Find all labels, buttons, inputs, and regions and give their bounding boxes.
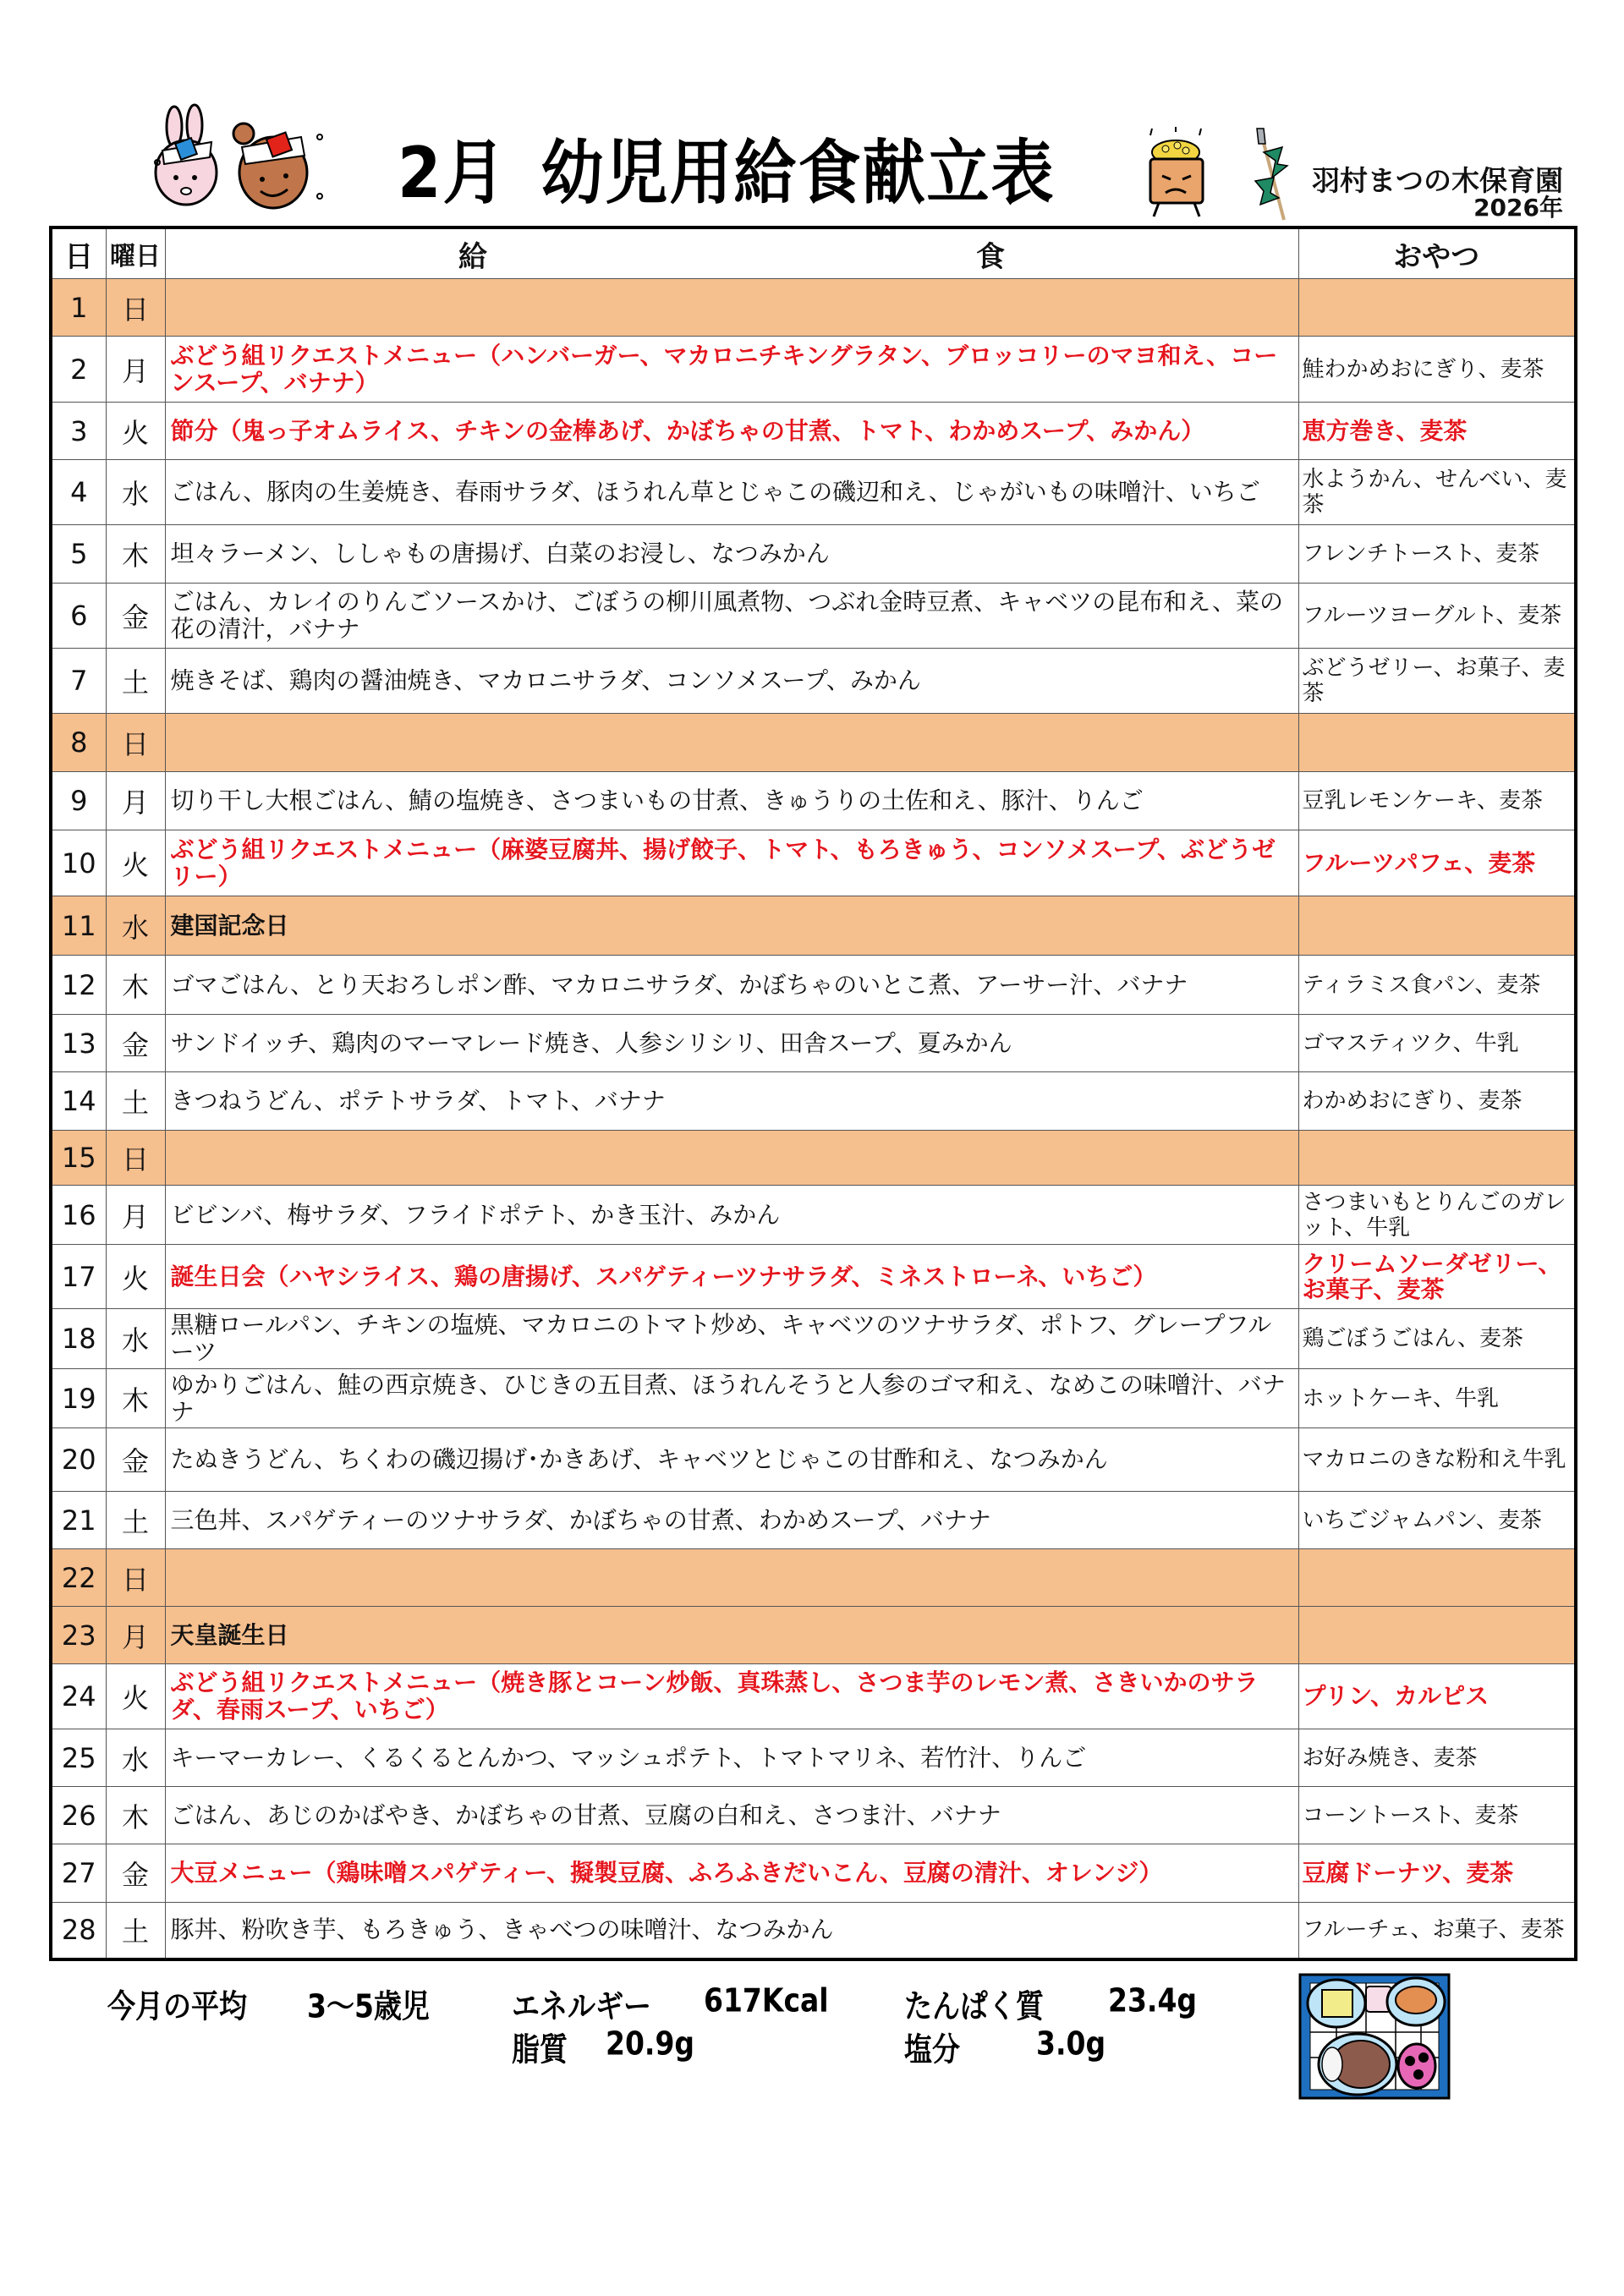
table-row: 17火誕生日会（ハヤシライス、鶏の唐揚げ、スパゲティーツナサラダ、ミネストローネ… xyxy=(51,1245,1576,1309)
snack-menu-cell xyxy=(1298,1131,1576,1186)
energy-label: エネルギー xyxy=(512,1981,651,2027)
weekday-cell: 火 xyxy=(106,830,165,896)
weekday-cell: 日 xyxy=(106,1131,165,1186)
weekday-cell: 月 xyxy=(106,772,165,830)
title-text: 幼児用給食献立表 xyxy=(541,133,1056,214)
day-cell: 23 xyxy=(51,1607,106,1664)
day-cell: 19 xyxy=(51,1369,106,1428)
day-cell: 7 xyxy=(51,649,106,714)
lunch-menu-cell: ビビンバ、梅サラダ、フライドポテト、かき玉汁、みかん xyxy=(165,1186,1298,1245)
table-row: 6金ごはん、カレイのりんごソースかけ、ごぼうの柳川風煮物、つぶれ金時豆煮、キャベ… xyxy=(51,584,1576,649)
lunch-menu-cell xyxy=(165,714,1298,772)
school-year: 2026年 xyxy=(1312,196,1563,220)
day-cell: 15 xyxy=(51,1131,106,1186)
weekday-cell: 日 xyxy=(106,714,165,772)
day-cell: 21 xyxy=(51,1492,106,1549)
lunch-menu-cell: 坦々ラーメン、ししゃもの唐揚げ、白菜のお浸し、なつみかん xyxy=(165,525,1298,584)
table-header-row: 日 曜日 給 食 おやつ xyxy=(51,227,1576,279)
weekday-cell: 金 xyxy=(106,1015,165,1072)
table-row: 8日 xyxy=(51,714,1576,772)
table-row: 7土焼きそば、鶏肉の醤油焼き、マカロニサラダ、コンソメスープ、みかんぶどうゼリー… xyxy=(51,649,1576,714)
day-cell: 5 xyxy=(51,525,106,584)
snack-menu-cell: フレンチトースト、麦茶 xyxy=(1298,525,1576,584)
day-cell: 17 xyxy=(51,1245,106,1309)
table-row: 22日 xyxy=(51,1549,1576,1607)
protein-label: たんぱく質 xyxy=(904,1981,1044,2027)
column-header-day: 日 xyxy=(51,227,106,279)
weekday-cell: 木 xyxy=(106,1369,165,1428)
lunch-menu-cell: 誕生日会（ハヤシライス、鶏の唐揚げ、スパゲティーツナサラダ、ミネストローネ、いち… xyxy=(165,1245,1298,1309)
snack-menu-cell: ゴマスティツク、牛乳 xyxy=(1298,1015,1576,1072)
table-row: 3火節分（鬼っ子オムライス、チキンの金棒あげ、かぼちゃの甘煮、トマト、わかめスー… xyxy=(51,403,1576,460)
day-cell: 12 xyxy=(51,956,106,1015)
table-row: 26木ごはん、あじのかばやき、かぼちゃの甘煮、豆腐の白和え、さつま汁、バナナコー… xyxy=(51,1787,1576,1844)
table-row: 18水黒糖ロールパン、チキンの塩焼、マカロニのトマト炒め、キャベツのツナサラダ、… xyxy=(51,1309,1576,1369)
title-month: 2月 xyxy=(398,133,507,214)
day-cell: 4 xyxy=(51,460,106,525)
day-cell: 14 xyxy=(51,1072,106,1131)
day-cell: 28 xyxy=(51,1903,106,1959)
lunch-menu-cell: ゴマごはん、とり天おろしポン酢、マカロニサラダ、かぼちゃのいとこ煮、アーサー汁、… xyxy=(165,956,1298,1015)
fat-value: 20.9g xyxy=(606,2025,694,2063)
day-cell: 11 xyxy=(51,896,106,956)
lunch-menu-cell xyxy=(165,1131,1298,1186)
snack-menu-cell: ティラミス食パン、麦茶 xyxy=(1298,956,1576,1015)
snack-menu-cell: ホットケーキ、牛乳 xyxy=(1298,1369,1576,1428)
snack-menu-cell: 鮭わかめおにぎり、麦茶 xyxy=(1298,337,1576,403)
energy-value: 617Kcal xyxy=(704,1981,829,2019)
weekday-cell: 土 xyxy=(106,1492,165,1549)
age-group: 3～5歳児 xyxy=(307,1981,430,2027)
weekday-cell: 木 xyxy=(106,956,165,1015)
day-cell: 27 xyxy=(51,1844,106,1903)
weekday-cell: 土 xyxy=(106,1072,165,1131)
day-cell: 24 xyxy=(51,1664,106,1729)
lunch-menu-cell: 黒糖ロールパン、チキンの塩焼、マカロニのトマト炒め、キャベツのツナサラダ、ポトフ… xyxy=(165,1309,1298,1369)
page-title: 2月幼児用給食献立表 xyxy=(398,135,1056,211)
snack-menu-cell: マカロニのきな粉和え牛乳 xyxy=(1298,1428,1576,1492)
snack-menu-cell xyxy=(1298,279,1576,337)
weekday-cell: 火 xyxy=(106,1664,165,1729)
table-row: 25水キーマーカレー、くるくるとんかつ、マッシュポテト、トマトマリネ、若竹汁、り… xyxy=(51,1729,1576,1787)
day-cell: 26 xyxy=(51,1787,106,1844)
day-cell: 9 xyxy=(51,772,106,830)
lunch-menu-cell: きつねうどん、ポテトサラダ、トマト、バナナ xyxy=(165,1072,1298,1131)
table-row: 27金大豆メニュー（鶏味噌スパゲティー、擬製豆腐、ふろふきだいこん、豆腐の清汁、… xyxy=(51,1844,1576,1903)
snack-menu-cell: ぶどうゼリー、お菓子、麦茶 xyxy=(1298,649,1576,714)
snack-menu-cell: フルーツヨーグルト、麦茶 xyxy=(1298,584,1576,649)
day-cell: 8 xyxy=(51,714,106,772)
snack-menu-cell: 鶏ごぼうごはん、麦茶 xyxy=(1298,1309,1576,1369)
day-cell: 22 xyxy=(51,1549,106,1607)
lunch-menu-cell: キーマーカレー、くるくるとんかつ、マッシュポテト、トマトマリネ、若竹汁、りんご xyxy=(165,1729,1298,1787)
column-header-lunch: 給 食 xyxy=(165,227,1298,279)
lunch-menu-cell: 切り干し大根ごはん、鯖の塩焼き、さつまいもの甘煮、きゅうりの土佐和え、豚汁、りん… xyxy=(165,772,1298,830)
weekday-cell: 金 xyxy=(106,584,165,649)
table-row: 10火ぶどう組リクエストメニュー（麻婆豆腐丼、揚げ餃子、トマト、もろきゅう、コン… xyxy=(51,830,1576,896)
weekday-cell: 金 xyxy=(106,1428,165,1492)
lunch-menu-cell: 豚丼、粉吹き芋、もろきゅう、きゃべつの味噌汁、なつみかん xyxy=(165,1903,1298,1959)
day-cell: 13 xyxy=(51,1015,106,1072)
snack-menu-cell: わかめおにぎり、麦茶 xyxy=(1298,1072,1576,1131)
lunch-menu-cell: ぶどう組リクエストメニュー（麻婆豆腐丼、揚げ餃子、トマト、もろきゅう、コンソメス… xyxy=(165,830,1298,896)
table-row: 14土きつねうどん、ポテトサラダ、トマト、バナナわかめおにぎり、麦茶 xyxy=(51,1072,1576,1131)
monthly-average-label: 今月の平均 xyxy=(107,1981,247,2027)
snack-menu-cell: 恵方巻き、麦茶 xyxy=(1298,403,1576,460)
day-cell: 6 xyxy=(51,584,106,649)
lunch-menu-cell xyxy=(165,1549,1298,1607)
table-row: 28土豚丼、粉吹き芋、もろきゅう、きゃべつの味噌汁、なつみかんフルーチェ、お菓子… xyxy=(51,1903,1576,1959)
weekday-cell: 水 xyxy=(106,460,165,525)
snack-menu-cell: コーントースト、麦茶 xyxy=(1298,1787,1576,1844)
snack-menu-cell: 水ようかん、せんべい、麦茶 xyxy=(1298,460,1576,525)
holly-branch-illustration xyxy=(1252,127,1294,224)
table-row: 21土三色丼、スパゲティーのツナサラダ、かぼちゃの甘煮、わかめスープ、バナナいち… xyxy=(51,1492,1576,1549)
lunch-menu-cell xyxy=(165,279,1298,337)
lunch-menu-cell: 三色丼、スパゲティーのツナサラダ、かぼちゃの甘煮、わかめスープ、バナナ xyxy=(165,1492,1298,1549)
snack-menu-cell: クリームソーダゼリー、お菓子、麦茶 xyxy=(1298,1245,1576,1309)
salt-label: 塩分 xyxy=(904,2025,960,2070)
lunch-menu-cell: ごはん、あじのかばやき、かぼちゃの甘煮、豆腐の白和え、さつま汁、バナナ xyxy=(165,1787,1298,1844)
weekday-cell: 水 xyxy=(106,1729,165,1787)
snack-menu-cell: 豆腐ドーナツ、麦茶 xyxy=(1298,1844,1576,1903)
lunch-menu-cell: ごはん、豚肉の生姜焼き、春雨サラダ、ほうれん草とじゃこの磯辺和え、じゃがいもの味… xyxy=(165,460,1298,525)
weekday-cell: 日 xyxy=(106,1549,165,1607)
table-row: 1日 xyxy=(51,279,1576,337)
table-row: 2月ぶどう組リクエストメニュー（ハンバーガー、マカロニチキングラタン、ブロッコリ… xyxy=(51,337,1576,403)
weekday-cell: 月 xyxy=(106,1186,165,1245)
school-name: 羽村まつの木保育園 xyxy=(1312,166,1563,196)
holiday-name-cell: 建国記念日 xyxy=(165,896,1298,956)
snack-menu-cell: フルーチェ、お菓子、麦茶 xyxy=(1298,1903,1576,1959)
protein-value: 23.4g xyxy=(1108,1981,1197,2019)
day-cell: 3 xyxy=(51,403,106,460)
weekday-cell: 土 xyxy=(106,649,165,714)
day-cell: 25 xyxy=(51,1729,106,1787)
school-info: 羽村まつの木保育園 2026年 xyxy=(1312,166,1563,220)
snack-menu-cell: さつまいもとりんごのガレット、牛乳 xyxy=(1298,1186,1576,1245)
lunch-menu-cell: ぶどう組リクエストメニュー（焼き豚とコーン炒飯、真珠蒸し、さつま芋のレモン煮、さ… xyxy=(165,1664,1298,1729)
weekday-cell: 水 xyxy=(106,1309,165,1369)
table-body: 1日2月ぶどう組リクエストメニュー（ハンバーガー、マカロニチキングラタン、ブロッ… xyxy=(51,279,1576,1959)
holiday-name-cell: 天皇誕生日 xyxy=(165,1607,1298,1664)
day-cell: 2 xyxy=(51,337,106,403)
weekday-cell: 日 xyxy=(106,279,165,337)
day-cell: 1 xyxy=(51,279,106,337)
table-row: 4水ごはん、豚肉の生姜焼き、春雨サラダ、ほうれん草とじゃこの磯辺和え、じゃがいも… xyxy=(51,460,1576,525)
table-row: 11水建国記念日 xyxy=(51,896,1576,956)
column-header-weekday: 曜日 xyxy=(106,227,165,279)
table-row: 5木坦々ラーメン、ししゃもの唐揚げ、白菜のお浸し、なつみかんフレンチトースト、麦… xyxy=(51,525,1576,584)
snack-menu-cell xyxy=(1298,896,1576,956)
lunch-menu-cell: ごはん、カレイのりんごソースかけ、ごぼうの柳川風煮物、つぶれ金時豆煮、キャベツの… xyxy=(165,584,1298,649)
weekday-cell: 火 xyxy=(106,1245,165,1309)
table-row: 24火ぶどう組リクエストメニュー（焼き豚とコーン炒飯、真珠蒸し、さつま芋のレモン… xyxy=(51,1664,1576,1729)
snack-menu-cell xyxy=(1298,714,1576,772)
lunch-menu-cell: ゆかりごはん、鮭の西京焼き、ひじきの五目煮、ほうれんそうと人参のゴマ和え、なめこ… xyxy=(165,1369,1298,1428)
snack-menu-cell: 豆乳レモンケーキ、麦茶 xyxy=(1298,772,1576,830)
weekday-cell: 月 xyxy=(106,337,165,403)
table-row: 20金たぬきうどん、ちくわの磯辺揚げ･かきあげ、キャベツとじゃこの甘酢和え、なつ… xyxy=(51,1428,1576,1492)
salt-value: 3.0g xyxy=(1036,2025,1106,2063)
weekday-cell: 火 xyxy=(106,403,165,460)
snack-menu-cell: プリン、カルピス xyxy=(1298,1664,1576,1729)
lunch-menu-cell: 焼きそば、鶏肉の醤油焼き、マカロニサラダ、コンソメスープ、みかん xyxy=(165,649,1298,714)
lunch-menu-table: 日 曜日 給 食 おやつ 1日2月ぶどう組リクエストメニュー（ハンバーガー、マカ… xyxy=(49,226,1577,1961)
column-header-snack: おやつ xyxy=(1298,227,1576,279)
table-row: 16月ビビンバ、梅サラダ、フライドポテト、かき玉汁、みかんさつまいもとりんごのガ… xyxy=(51,1186,1576,1245)
weekday-cell: 水 xyxy=(106,896,165,956)
table-row: 15日 xyxy=(51,1131,1576,1186)
day-cell: 20 xyxy=(51,1428,106,1492)
lunch-menu-cell: 節分（鬼っ子オムライス、チキンの金棒あげ、かぼちゃの甘煮、トマト、わかめスープ、… xyxy=(165,403,1298,460)
lunch-menu-cell: サンドイッチ、鶏肉のマーマレード焼き、人参シリシリ、田舎スープ、夏みかん xyxy=(165,1015,1298,1072)
weekday-cell: 月 xyxy=(106,1607,165,1664)
table-row: 13金サンドイッチ、鶏肉のマーマレード焼き、人参シリシリ、田舎スープ、夏みかんゴ… xyxy=(51,1015,1576,1072)
snack-menu-cell xyxy=(1298,1549,1576,1607)
snack-menu-cell xyxy=(1298,1607,1576,1664)
snack-menu-cell: お好み焼き、麦茶 xyxy=(1298,1729,1576,1787)
school-lunch-tray-illustration xyxy=(1298,1973,1451,2100)
snack-menu-cell: フルーツパフェ、麦茶 xyxy=(1298,830,1576,896)
oni-bunny-bear-illustration xyxy=(151,103,332,211)
lunch-menu-cell: 大豆メニュー（鶏味噌スパゲティー、擬製豆腐、ふろふきだいこん、豆腐の清汁、オレン… xyxy=(165,1844,1298,1903)
day-cell: 16 xyxy=(51,1186,106,1245)
fat-label: 脂質 xyxy=(512,2025,568,2070)
snack-menu-cell: いちごジャムパン、麦茶 xyxy=(1298,1492,1576,1549)
table-row: 12木ゴマごはん、とり天おろしポン酢、マカロニサラダ、かぼちゃのいとこ煮、アーサ… xyxy=(51,956,1576,1015)
table-row: 9月切り干し大根ごはん、鯖の塩焼き、さつまいもの甘煮、きゅうりの土佐和え、豚汁、… xyxy=(51,772,1576,830)
lunch-menu-cell: ぶどう組リクエストメニュー（ハンバーガー、マカロニチキングラタン、ブロッコリーの… xyxy=(165,337,1298,403)
table-row: 19木ゆかりごはん、鮭の西京焼き、ひじきの五目煮、ほうれんそうと人参のゴマ和え、… xyxy=(51,1369,1576,1428)
day-cell: 18 xyxy=(51,1309,106,1369)
weekday-cell: 金 xyxy=(106,1844,165,1903)
bean-sack-illustration xyxy=(1133,127,1218,224)
weekday-cell: 木 xyxy=(106,1787,165,1844)
weekday-cell: 木 xyxy=(106,525,165,584)
table-row: 23月天皇誕生日 xyxy=(51,1607,1576,1664)
weekday-cell: 土 xyxy=(106,1903,165,1959)
day-cell: 10 xyxy=(51,830,106,896)
lunch-menu-cell: たぬきうどん、ちくわの磯辺揚げ･かきあげ、キャベツとじゃこの甘酢和え、なつみかん xyxy=(165,1428,1298,1492)
